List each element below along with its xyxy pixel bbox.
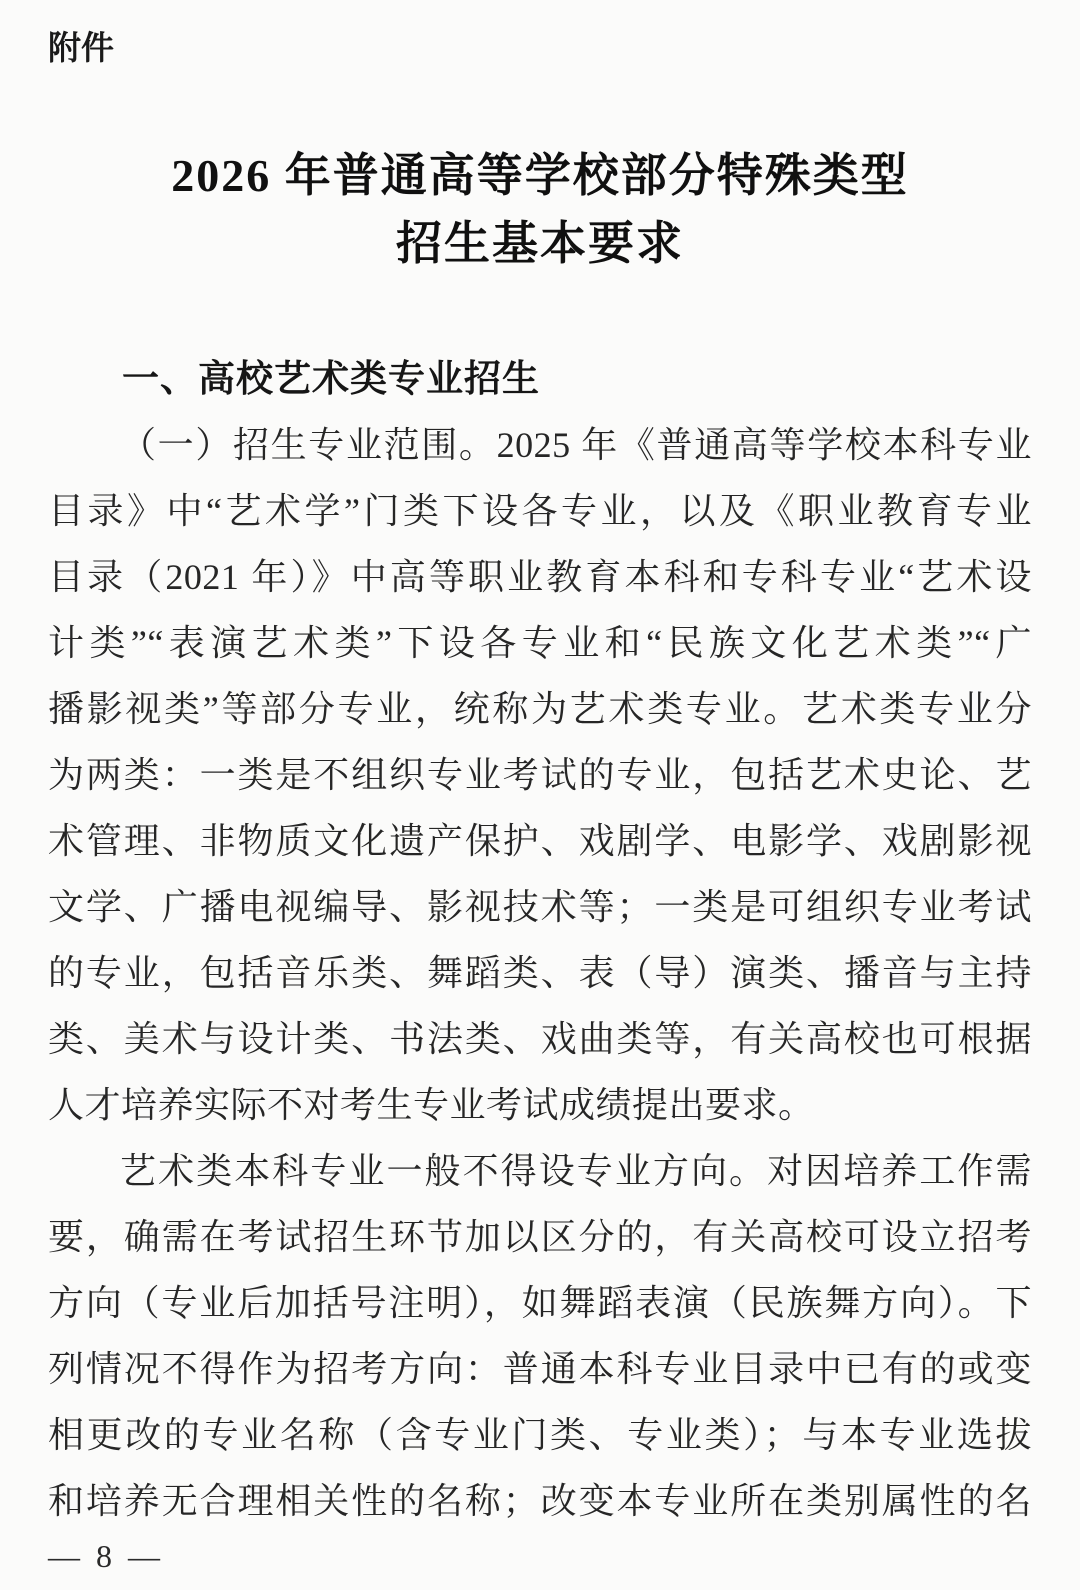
paragraph-1: （一）招生专业范围。2025 年《普通高等学校本科专业 目录》中“艺术学”门类下… bbox=[48, 412, 1032, 1138]
paragraph-1-line: 目录》中“艺术学”门类下设各专业，以及《职业教育专业 bbox=[48, 478, 1032, 544]
paragraph-1-line: 人才培养实际不对考生专业考试成绩提出要求。 bbox=[48, 1072, 1032, 1138]
paragraph-2-line: 相更改的专业名称（含专业门类、专业类）；与本专业选拔 bbox=[48, 1402, 1032, 1468]
attachment-label: 附件 bbox=[48, 26, 1032, 70]
document-title-line-2: 招生基本要求 bbox=[48, 210, 1032, 278]
page-number: — 8 — bbox=[48, 1536, 164, 1576]
paragraph-2-line: 方向（专业后加括号注明），如舞蹈表演（民族舞方向）。下 bbox=[48, 1270, 1032, 1336]
document-title: 2026 年普通高等学校部分特殊类型 招生基本要求 bbox=[48, 142, 1032, 278]
paragraph-1-line: （一）招生专业范围。2025 年《普通高等学校本科专业 bbox=[48, 412, 1032, 478]
paragraph-1-line: 的专业，包括音乐类、舞蹈类、表（导）演类、播音与主持 bbox=[48, 940, 1032, 1006]
paragraph-2-line: 要，确需在考试招生环节加以区分的，有关高校可设立招考 bbox=[48, 1204, 1032, 1270]
paragraph-1-line: 类、美术与设计类、书法类、戏曲类等，有关高校也可根据 bbox=[48, 1006, 1032, 1072]
paragraph-2-line: 和培养无合理相关性的名称；改变本专业所在类别属性的名 bbox=[48, 1468, 1032, 1534]
paragraph-2-line: 列情况不得作为招考方向：普通本科专业目录中已有的或变 bbox=[48, 1336, 1032, 1402]
document-page: 附件 2026 年普通高等学校部分特殊类型 招生基本要求 一、高校艺术类专业招生… bbox=[0, 0, 1080, 1590]
paragraph-1-line: 为两类：一类是不组织专业考试的专业，包括艺术史论、艺 bbox=[48, 742, 1032, 808]
paragraph-1-line: 文学、广播电视编导、影视技术等；一类是可组织专业考试 bbox=[48, 874, 1032, 940]
paragraph-2: 艺术类本科专业一般不得设专业方向。对因培养工作需 要，确需在考试招生环节加以区分… bbox=[48, 1138, 1032, 1534]
paragraph-2-line: 艺术类本科专业一般不得设专业方向。对因培养工作需 bbox=[48, 1138, 1032, 1204]
paragraph-1-line: 目录（2021 年）》中高等职业教育本科和专科专业“艺术设 bbox=[48, 544, 1032, 610]
paragraph-1-line: 计类”“表演艺术类”下设各专业和“民族文化艺术类”“广 bbox=[48, 610, 1032, 676]
paragraph-1-line: 术管理、非物质文化遗产保护、戏剧学、电影学、戏剧影视 bbox=[48, 808, 1032, 874]
document-title-line-1: 2026 年普通高等学校部分特殊类型 bbox=[48, 142, 1032, 210]
paragraph-1-line: 播影视类”等部分专业，统称为艺术类专业。艺术类专业分 bbox=[48, 676, 1032, 742]
section-heading-art-enrollment: 一、高校艺术类专业招生 bbox=[48, 355, 1032, 403]
